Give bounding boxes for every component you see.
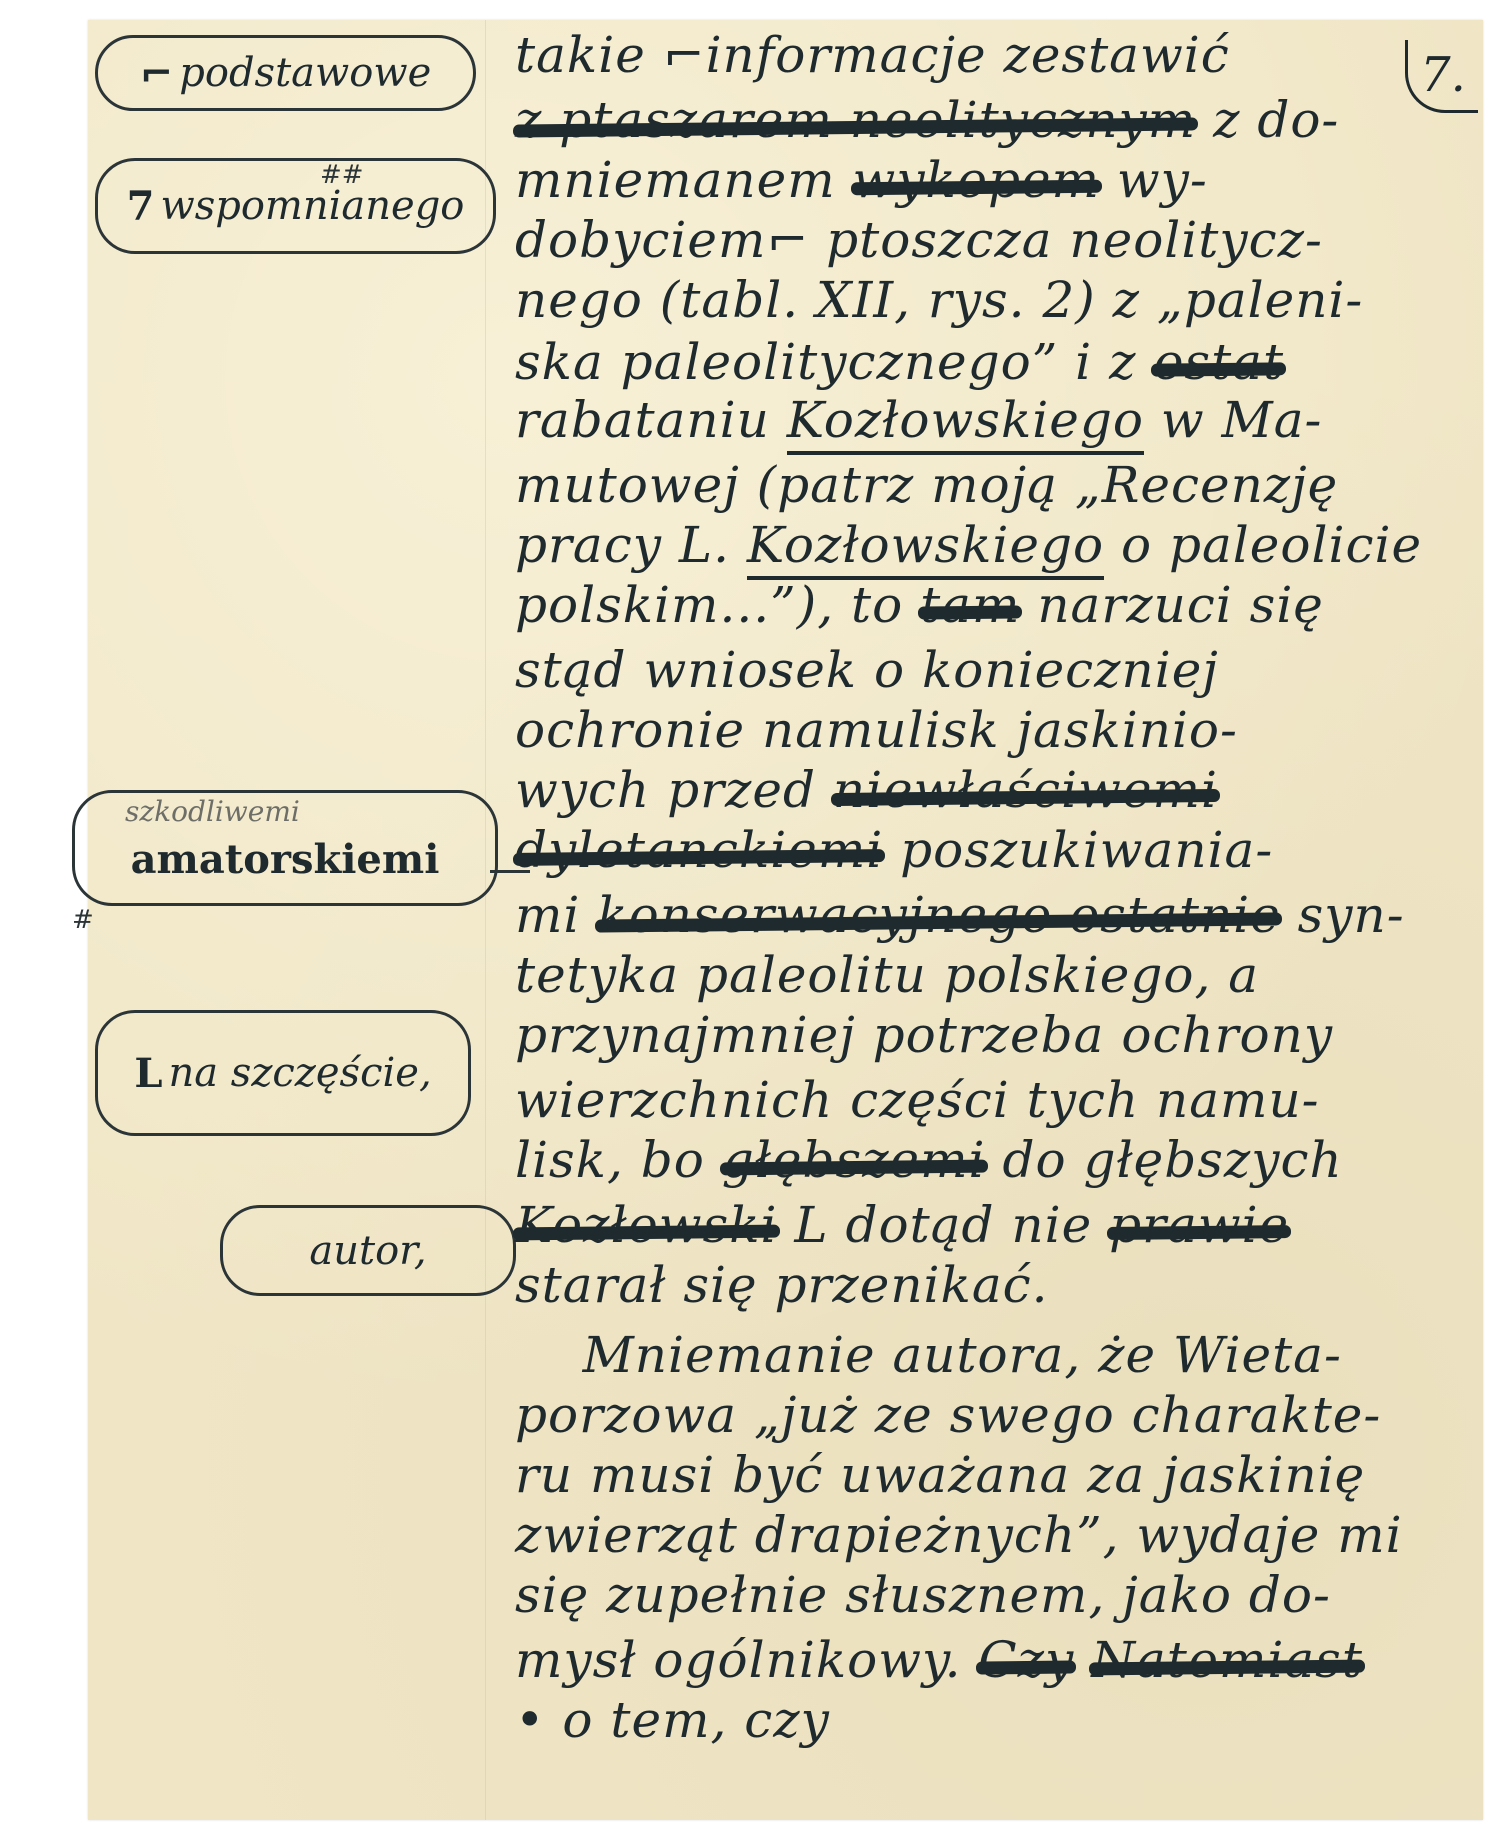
manuscript-line: pracy L. Kozłowskiego o paleolicie — [515, 515, 1422, 575]
line-text: ochronie namulisk jaskinio- — [515, 701, 1238, 759]
line-text: przynajmniej potrzeba ochrony — [515, 1006, 1333, 1064]
line-text: narzuci się — [1020, 576, 1323, 634]
line-text: takie ⌐informacje — [515, 26, 1003, 84]
margin-note-wspomnianego: 7 wspomnianego — [95, 158, 496, 254]
line-text: lisk, bo — [515, 1131, 722, 1189]
line-text: wierzchnich części tych namu- — [515, 1071, 1320, 1129]
manuscript-line: starał się przenikać. — [515, 1255, 1049, 1315]
line-text: rabataniu — [515, 391, 787, 449]
line-text: mysł ogólnikowy. — [515, 1631, 978, 1689]
struck-out-text: głębszemi — [722, 1130, 986, 1190]
page-fold-line — [485, 20, 486, 1820]
manuscript-line: zwierząt drapieżnych”, wydaje mi — [515, 1505, 1403, 1565]
reference-mark-icon: ## — [320, 160, 364, 190]
struck-out-text: tam — [920, 575, 1020, 635]
manuscript-line: ska paleolitycznego” i z ostat — [515, 332, 1284, 392]
margin-note-na-szczescie: L na szczęście, — [95, 1010, 471, 1136]
reference-mark-icon: # — [72, 905, 94, 935]
line-text: dobyciem⌐ ptoszcza neolitycz- — [515, 211, 1323, 269]
line-text — [1074, 1631, 1091, 1689]
manuscript-line: mi konserwacyjnego ostatnie syn- — [515, 885, 1405, 945]
line-text: się zupełnie słusznem, jako do- — [515, 1566, 1331, 1624]
line-text: zwierząt drapieżnych”, wydaje mi — [515, 1506, 1403, 1564]
manuscript-line: lisk, bo głębszemi do głębszych — [515, 1130, 1343, 1190]
struck-out-text: wykopem — [853, 150, 1100, 210]
struck-out-text: niewłaściwemi — [833, 760, 1218, 820]
manuscript-line: przynajmniej potrzeba ochrony — [515, 1005, 1333, 1065]
manuscript-line: • o tem, czy — [515, 1690, 830, 1750]
manuscript-line: mutowej (patrz moją „Recenzję — [515, 455, 1338, 515]
margin-note-autor: autor, — [220, 1205, 516, 1296]
manuscript-line: mysł ogólnikowy. Czy Natomiast — [515, 1630, 1363, 1690]
manuscript-line: wych przed niewłaściwemi — [515, 760, 1218, 820]
margin-note-amatorskiemi: amatorskiemi — [72, 790, 498, 906]
margin-note-podstawowe: ⌐ podstawowe — [95, 35, 476, 111]
insertion-bracket-icon: L — [134, 1050, 162, 1097]
manuscript-line: tetyka paleolitu polskiego, a — [515, 945, 1259, 1005]
line-text: polskim...”), to — [515, 576, 920, 634]
manuscript-line: ochronie namulisk jaskinio- — [515, 700, 1238, 760]
struck-out-text: z ptaszarem neolitycznym — [515, 90, 1196, 150]
line-text: ru musi być uważana za jaskinię — [515, 1446, 1365, 1504]
manuscript-line: mniemanem wykopem wy- — [515, 150, 1208, 210]
margin-note-text: amatorskiemi — [131, 836, 440, 883]
line-text: stąd wniosek o konieczniej — [515, 641, 1219, 699]
struck-out-text: prawie — [1109, 1195, 1289, 1255]
struck-out-text: Natomiast — [1091, 1630, 1363, 1690]
manuscript-line: nego (tabl. XII, rys. 2) z „paleni- — [515, 270, 1363, 330]
manuscript-line: rabataniu Kozłowskiego w Ma- — [515, 390, 1322, 450]
line-text: porzowa „już ze swego charakte- — [515, 1386, 1381, 1444]
manuscript-line: się zupełnie słusznem, jako do- — [515, 1565, 1331, 1625]
struck-out-text: Kozłowski — [515, 1195, 778, 1255]
insertion-bracket-icon: 7 — [127, 183, 155, 230]
margin-note-text: autor, — [309, 1228, 426, 1274]
line-text: wy- — [1100, 151, 1208, 209]
line-text: starał się przenikać. — [515, 1256, 1049, 1314]
line-text: tetyka paleolitu polskiego, a — [515, 946, 1259, 1004]
margin-note-text: podstawowe — [179, 50, 431, 96]
struck-out-text: dyletanckiemi — [515, 820, 883, 880]
manuscript-line: wierzchnich części tych namu- — [515, 1070, 1320, 1130]
manuscript-line: stąd wniosek o konieczniej — [515, 640, 1219, 700]
manuscript-line: Kozłowski L dotąd nie prawie — [515, 1195, 1289, 1255]
line-text: z do- — [1196, 91, 1339, 149]
struck-out-text: Czy — [978, 1630, 1074, 1690]
margin-note-text: na szczęście, — [168, 1050, 431, 1096]
line-text: mniemanem — [515, 151, 853, 209]
manuscript-line: z ptaszarem neolitycznym z do- — [515, 90, 1339, 150]
line-text: nego (tabl. XII, rys. 2) z „paleni- — [515, 271, 1363, 329]
underlined-text: Kozłowskiego — [747, 516, 1104, 580]
line-text: ska paleolitycznego” i z — [515, 333, 1153, 391]
line-text: mi — [515, 886, 597, 944]
manuscript-line: polskim...”), to tam narzuci się — [515, 575, 1324, 635]
line-text: L dotąd nie — [778, 1196, 1110, 1254]
line-text: w Ma- — [1144, 391, 1323, 449]
underlined-text: Kozłowskiego — [787, 391, 1144, 455]
line-text: poszukiwania- — [883, 821, 1273, 879]
manuscript-line: dobyciem⌐ ptoszcza neolitycz- — [515, 210, 1323, 270]
manuscript-line: Mniemanie autora, że Wieta- — [515, 1325, 1342, 1385]
line-text: • o tem, czy — [515, 1691, 830, 1749]
line-text: mutowej (patrz moją „Recenzję — [515, 456, 1338, 514]
line-text: o paleolicie — [1104, 516, 1422, 574]
line-text: syn- — [1281, 886, 1405, 944]
struck-out-text: konserwacyjnego ostatnie — [597, 885, 1280, 945]
manuscript-line: dyletanckiemi poszukiwania- — [515, 820, 1273, 880]
manuscript-line: porzowa „już ze swego charakte- — [515, 1385, 1381, 1445]
manuscript-line: ru musi być uważana za jaskinię — [515, 1445, 1365, 1505]
line-text: Mniemanie autora, że Wieta- — [515, 1326, 1342, 1384]
line-text: pracy L. — [515, 516, 747, 574]
insertion-bracket-icon: ⌐ — [140, 50, 174, 97]
line-text: zestawić — [1003, 26, 1229, 84]
line-text: wych przed — [515, 761, 833, 819]
margin-note-text: wspomnianego — [160, 183, 464, 229]
line-text: do głębszych — [986, 1131, 1343, 1189]
manuscript-line: takie ⌐informacje zestawić — [515, 25, 1230, 85]
struck-out-text: ostat — [1153, 332, 1284, 392]
